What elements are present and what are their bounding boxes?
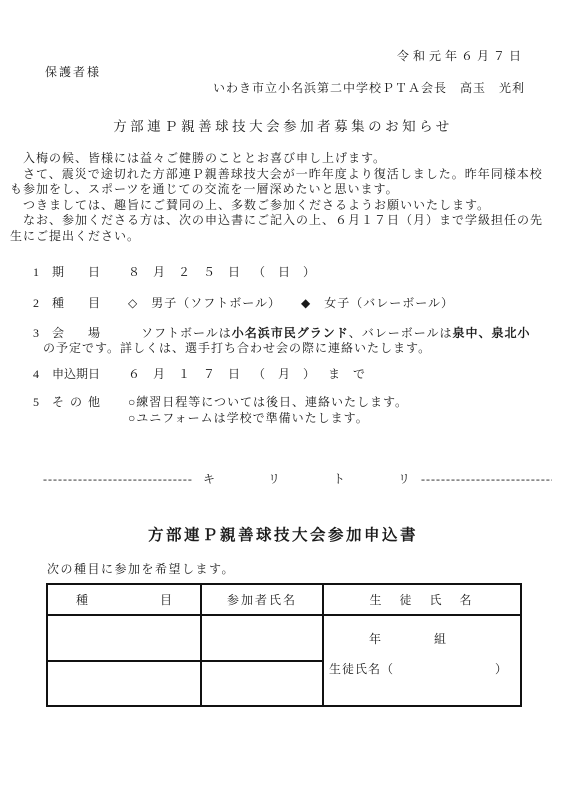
item-deadline: 4申込期日６月１７日（月）まで [33,367,566,383]
item-value: ◇ 男子（ソフトボール） ◆ 女子（バレーボール） [128,296,454,312]
item-other: 5その他○練習日程等については後日、連絡いたします。○ユニフォームは学校で準備い… [33,395,566,426]
document-page: 令和元年６月７日 保護者様 いわき市立小名浜第二中学校ＰＴＡ会長 高玉 光利 方… [0,0,566,800]
item-venue-continuation: の予定です。詳しくは、選手打ち合わせ会の際に連絡いたします。 [43,341,566,357]
item-venue: 3会場 ソフトボールは小名浜市民グランド、バレーボールは泉中、泉北小 [33,326,566,342]
item-value: ８月２５日（日） [128,265,328,281]
body-line: 入梅の候、皆様には益々ご健勝のこととお喜び申し上げます。 [10,151,556,167]
item-value: ○練習日程等については後日、連絡いたします。○ユニフォームは学校で準備いたします… [128,395,408,426]
cut-dashes-left: ---------------------------------------- [43,471,193,487]
sender-line: いわき市立小名浜第二中学校ＰＴＡ会長 高玉 光利 [0,80,566,96]
body-line: さて、震災で途切れた方部連Ｐ親善球技大会が一昨年度より復活しました。昨年同様本校 [10,167,556,183]
document-header: 令和元年６月７日 保護者様 いわき市立小名浜第二中学校ＰＴＡ会長 高玉 光利 [0,48,566,96]
venue-text: ソフトボールは [128,326,232,340]
item-number: 5 [33,395,52,411]
body-line: なお、参加くださる方は、次の申込書にご記入の上、６月１７日（月）まで学級担任の先 [10,213,556,229]
student-name-label: 生徒氏名（ [329,661,394,677]
body-line: つきましては、趣旨にご賛同の上、多数ご参加くださるようお願いいたします。 [10,198,556,214]
item-label: 期日 [52,265,100,281]
item-number: 4 [33,367,52,383]
table-header-category: 種 目 [47,584,201,615]
item-number: 2 [33,296,52,312]
table-header-student: 生 徒 氏 名 [323,584,521,615]
item-category: 2種目◇ 男子（ソフトボール） ◆ 女子（バレーボール） [33,296,566,312]
item-label: その他 [52,395,100,411]
category-cell-1 [47,615,201,661]
body-line: 生にご提出ください。 [10,229,556,245]
other-note-line: ○練習日程等については後日、連絡いたします。 [128,395,408,411]
venue-volleyball-bold: 泉中、泉北小 [453,326,531,340]
student-info-cell: 年 組 生徒氏名（ ） [323,615,521,706]
cut-here-line: ----------------------------------------… [43,471,552,487]
grade-class-line: 年 組 [324,631,520,647]
item-date: 1期日８月２５日（日） [33,265,566,281]
table-header-row: 種 目 参加者氏名 生 徒 氏 名 [47,584,521,615]
notice-item-list: 1期日８月２５日（日） 2種目◇ 男子（ソフトボール） ◆ 女子（バレーボール）… [0,265,566,427]
participant-cell-1 [201,615,323,661]
student-name-close-paren: ） [495,661,508,677]
item-label: 会場 [52,326,100,342]
category-cell-2 [47,661,201,706]
notice-body: 入梅の候、皆様には益々ご健勝のこととお喜び申し上げます。 さて、震災で途切れた方… [10,151,556,245]
venue-text: 、バレーボールは [349,326,453,340]
student-name-line: 生徒氏名（ ） [324,661,520,677]
application-table: 種 目 参加者氏名 生 徒 氏 名 年 組 生徒氏名（ ） [46,583,522,707]
recipient-line: 保護者様 [0,64,566,80]
body-line: も参加をし、スポーツを通じての交流を一層深めたいと思います。 [10,182,556,198]
application-form-intro: 次の種目に参加を希望します。 [0,561,566,577]
item-label: 申込期日 [52,367,100,383]
venue-softball-bold: 小名浜市民グランド [232,326,349,340]
cut-dashes-right: ----------------------------------------… [421,471,552,487]
participant-cell-2 [201,661,323,706]
item-number: 1 [33,265,52,281]
table-header-participant: 参加者氏名 [201,584,323,615]
item-value: ソフトボールは小名浜市民グランド、バレーボールは泉中、泉北小 [128,326,531,342]
table-row: 年 組 生徒氏名（ ） [47,615,521,661]
cut-here-label: キ リ ト リ [193,471,421,487]
item-label: 種目 [52,296,100,312]
item-number: 3 [33,326,52,342]
other-note-line: ○ユニフォームは学校で準備いたします。 [128,411,408,427]
issue-date: 令和元年６月７日 [0,48,566,64]
application-form-title: 方部連Ｐ親善球技大会参加申込書 [0,525,566,547]
item-value: ６月１７日（月）まで [128,367,378,383]
notice-title: 方部連Ｐ親善球技大会参加者募集のお知らせ [0,117,566,137]
